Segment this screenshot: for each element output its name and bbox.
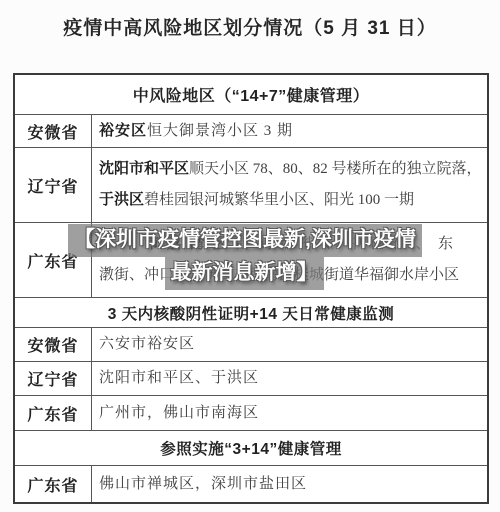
area-line: 沈阳市和平区顺天小区 78、80、82 号楼所在的独立院落， xyxy=(99,154,482,185)
province-cell: 安微省 xyxy=(15,328,92,361)
table-row: 辽宁省 沈阳市和平区、于洪区 xyxy=(15,362,487,396)
page-title: 疫情中高风险地区划分情况（5 月 31 日） xyxy=(0,13,500,40)
area-text: 沈阳市和平区、于洪区 xyxy=(99,370,259,386)
province-cell: 广东省 xyxy=(15,466,92,502)
district-bold: 广州市荔湾区 xyxy=(99,236,235,252)
area-line: 裕安区恒大御景湾小区 3 期 xyxy=(99,116,481,147)
area-text: 恒大御景湾小区 3 期 xyxy=(147,123,293,139)
area-line: 于洪区碧桂园银河城繁华里小区、阳光 100 一期 xyxy=(99,185,482,216)
province-cell: 广东省 xyxy=(15,223,92,297)
table-row: 广东省 广州市，佛山市南海区 xyxy=(15,396,487,431)
province-cell: 辽宁省 xyxy=(15,362,92,395)
province-cell: 广东省 xyxy=(15,396,92,430)
area-line: 佛山市禅城区，深圳市盐田区 xyxy=(99,469,481,500)
district-bold: 于洪区 xyxy=(99,192,144,208)
table-row: 安微省 裕安区恒大御景湾小区 3 期 xyxy=(15,115,487,148)
area-line: 六安市裕安区 xyxy=(99,329,481,360)
section-header-label: 参照实施“3+14”健康管理 xyxy=(160,437,341,459)
risk-area-table: 中风险地区（“14+7”健康管理） 安微省 裕安区恒大御景湾小区 3 期 辽宁省… xyxy=(13,73,489,504)
page: 疫情中高风险地区划分情况（5 月 31 日） 中风险地区（“14+7”健康管理）… xyxy=(0,0,500,512)
area-cell: 广州市，佛山市南海区 xyxy=(92,396,487,430)
area-cell: 沈阳市和平区顺天小区 78、80、82 号楼所在的独立院落， 于洪区碧桂园银河城… xyxy=(92,148,488,222)
area-text: 漖街、冲口街，佛山市南海区桂城街道华福御水岸小区 xyxy=(99,267,459,283)
province-cell: 辽宁省 xyxy=(15,148,92,222)
table-row: 安微省 六安市裕安区 xyxy=(15,328,487,362)
area-text: 六安市裕安区 xyxy=(99,336,195,352)
section-header-label: 3 天内核酸阴性证明+14 天日常健康监测 xyxy=(108,302,395,324)
district-bold: 沈阳市和平区 xyxy=(99,161,189,177)
area-cell: 广州市荔湾区白鹤洞街、中南街、东 漖街、冲口街，佛山市南海区桂城街道华福御水岸小… xyxy=(92,223,487,297)
area-text: 广州市，佛山市南海区 xyxy=(99,405,259,421)
area-text: 碧桂园银河城繁华里小区、阳光 100 一期 xyxy=(144,192,414,208)
area-cell: 佛山市禅城区，深圳市盐田区 xyxy=(92,466,487,502)
area-cell: 沈阳市和平区、于洪区 xyxy=(92,362,487,395)
section-header-3plus14: 参照实施“3+14”健康管理 xyxy=(15,431,487,466)
table-row: 广东省 广州市荔湾区白鹤洞街、中南街、东 漖街、冲口街，佛山市南海区桂城街道华福… xyxy=(15,223,487,298)
section-header-nucleic-monitoring: 3 天内核酸阴性证明+14 天日常健康监测 xyxy=(15,298,487,328)
area-text: 顺天小区 78、80、82 号楼所在的独立院落， xyxy=(189,161,482,177)
area-line: 漖街、冲口街，佛山市南海区桂城街道华福御水岸小区 xyxy=(99,260,481,291)
table-row: 辽宁省 沈阳市和平区顺天小区 78、80、82 号楼所在的独立院落， 于洪区碧桂… xyxy=(15,148,487,223)
area-line: 广州市荔湾区白鹤洞街、中南街、东 xyxy=(99,229,481,260)
area-cell: 裕安区恒大御景湾小区 3 期 xyxy=(92,115,487,147)
area-cell: 六安市裕安区 xyxy=(92,328,487,361)
province-cell: 安微省 xyxy=(15,115,92,147)
area-text: 佛山市禅城区，深圳市盐田区 xyxy=(99,476,307,492)
section-header-label: 中风险地区（“14+7”健康管理） xyxy=(133,83,370,106)
district-bold: 裕安区 xyxy=(99,123,147,139)
area-line: 沈阳市和平区、于洪区 xyxy=(99,363,481,394)
area-line: 广州市，佛山市南海区 xyxy=(99,398,481,429)
table-row: 广东省 佛山市禅城区，深圳市盐田区 xyxy=(15,466,487,502)
area-text: 白鹤洞街、中南街、东 xyxy=(235,236,461,252)
section-header-mid-risk: 中风险地区（“14+7”健康管理） xyxy=(15,75,487,115)
